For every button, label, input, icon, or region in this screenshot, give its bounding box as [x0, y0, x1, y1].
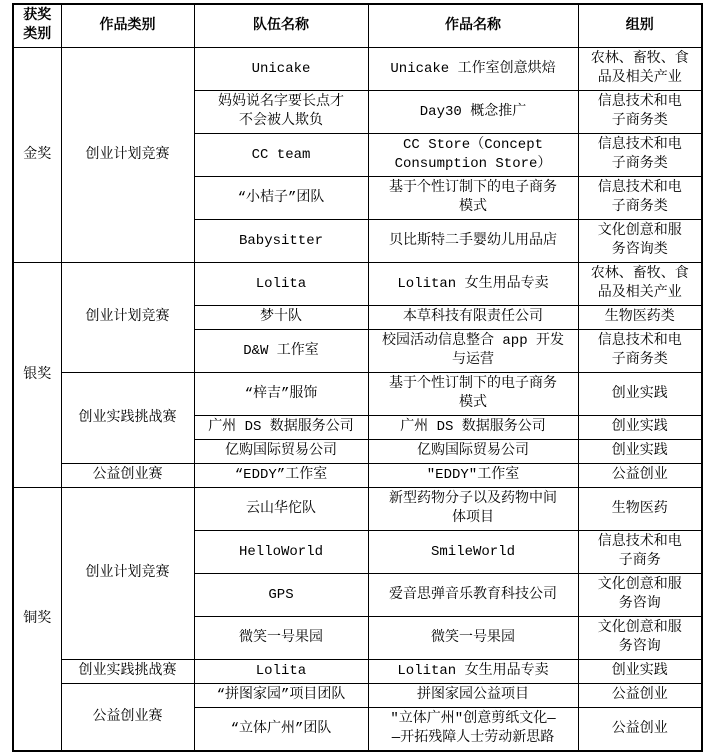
team-cell: 亿购国际贸易公司 [194, 440, 368, 464]
work-cell: 基于个性订制下的电子商务 模式 [368, 177, 578, 220]
work-cell: 基于个性订制下的电子商务 模式 [368, 373, 578, 416]
group-cell: 文化创意和服 务咨询 [578, 617, 702, 660]
group-cell: 文化创意和服 务咨询类 [578, 220, 702, 263]
group-cell: 信息技术和电 子商务类 [578, 91, 702, 134]
team-cell: GPS [194, 574, 368, 617]
table-row: 公益创业赛“拼图家园”项目团队拼图家园公益项目公益创业 [13, 684, 702, 708]
table-row: 创业实践挑战赛LolitaLolitan 女生用品专卖创业实践 [13, 660, 702, 684]
work-cell: "立体广州"创意剪纸文化— —开拓残障人士劳动新思路 [368, 708, 578, 725]
group-cell: 公益创业 [578, 684, 702, 708]
group-cell: 农林、畜牧、食 品及相关产业 [578, 263, 702, 306]
work-cell: 本草科技有限责任公司 [368, 306, 578, 330]
group-cell: 创业实践 [578, 660, 702, 684]
group-cell: 生物医药类 [578, 306, 702, 330]
work-cell: 亿购国际贸易公司 [368, 440, 578, 464]
work-cell: "EDDY"工作室 [368, 464, 578, 488]
group-cell: 文化创意和服 务咨询 [578, 574, 702, 617]
team-cell: 梦十队 [194, 306, 368, 330]
team-cell: Lolita [194, 263, 368, 306]
team-cell: 广州 DS 数据服务公司 [194, 416, 368, 440]
group-cell: 信息技术和电 子商务类 [578, 134, 702, 177]
group-cell: 农林、畜牧、食 品及相关产业 [578, 48, 702, 91]
awards-table-container: 获奖 类别 作品类别 队伍名称 作品名称 组别 金奖创业计划竞赛UnicakeU… [12, 3, 703, 724]
work-cell: Day30 概念推广 [368, 91, 578, 134]
work-cell: Unicake 工作室创意烘焙 [368, 48, 578, 91]
team-cell: CC team [194, 134, 368, 177]
category-cell: 创业实践挑战赛 [61, 660, 194, 684]
category-cell: 公益创业赛 [61, 464, 194, 488]
work-cell: 爱音思弹音乐教育科技公司 [368, 574, 578, 617]
category-cell: 创业计划竞赛 [61, 263, 194, 373]
team-cell: 微笑一号果园 [194, 617, 368, 660]
group-cell: 创业实践 [578, 373, 702, 416]
group-cell: 公益创业 [578, 464, 702, 488]
work-cell: Lolitan 女生用品专卖 [368, 660, 578, 684]
group-cell: 创业实践 [578, 416, 702, 440]
award-cell: 银奖 [13, 263, 61, 488]
table-row: 银奖创业计划竞赛LolitaLolitan 女生用品专卖农林、畜牧、食 品及相关… [13, 263, 702, 306]
header-group: 组别 [578, 4, 702, 48]
work-cell: 拼图家园公益项目 [368, 684, 578, 708]
team-cell: Babysitter [194, 220, 368, 263]
team-cell: “EDDY”工作室 [194, 464, 368, 488]
work-cell: 微笑一号果园 [368, 617, 578, 660]
team-cell: Unicake [194, 48, 368, 91]
group-cell: 生物医药 [578, 488, 702, 531]
award-cell: 金奖 [13, 48, 61, 263]
work-cell: 广州 DS 数据服务公司 [368, 416, 578, 440]
team-cell: “拼图家园”项目团队 [194, 684, 368, 708]
team-cell: “立体广州”团队 [194, 708, 368, 725]
table-header: 获奖 类别 作品类别 队伍名称 作品名称 组别 [13, 4, 702, 48]
table-body: 金奖创业计划竞赛UnicakeUnicake 工作室创意烘焙农林、畜牧、食 品及… [13, 48, 702, 725]
group-cell: 信息技术和电 子商务 [578, 531, 702, 574]
table-row: 金奖创业计划竞赛UnicakeUnicake 工作室创意烘焙农林、畜牧、食 品及… [13, 48, 702, 91]
table-row: 公益创业赛“EDDY”工作室"EDDY"工作室公益创业 [13, 464, 702, 488]
team-cell: 妈妈说名字要长点才 不会被人欺负 [194, 91, 368, 134]
team-cell: D&W 工作室 [194, 330, 368, 373]
header-work-category: 作品类别 [61, 4, 194, 48]
award-cell: 铜奖 [13, 488, 61, 725]
table-row: 铜奖创业计划竞赛云山华佗队新型药物分子以及药物中间 体项目生物医药 [13, 488, 702, 531]
team-cell: Lolita [194, 660, 368, 684]
group-cell: 公益创业 [578, 708, 702, 725]
awards-table: 获奖 类别 作品类别 队伍名称 作品名称 组别 金奖创业计划竞赛UnicakeU… [12, 3, 703, 724]
header-award-category: 获奖 类别 [13, 4, 61, 48]
table-row: 创业实践挑战赛“梓吉”服饰基于个性订制下的电子商务 模式创业实践 [13, 373, 702, 416]
work-cell: Lolitan 女生用品专卖 [368, 263, 578, 306]
category-cell: 创业计划竞赛 [61, 48, 194, 263]
category-cell: 公益创业赛 [61, 684, 194, 725]
work-cell: SmileWorld [368, 531, 578, 574]
work-cell: 校园活动信息整合 app 开发 与运营 [368, 330, 578, 373]
group-cell: 信息技术和电 子商务类 [578, 177, 702, 220]
header-team-name: 队伍名称 [194, 4, 368, 48]
work-cell: 新型药物分子以及药物中间 体项目 [368, 488, 578, 531]
work-cell: CC Store（Concept Consumption Store） [368, 134, 578, 177]
work-cell: 贝比斯特二手婴幼儿用品店 [368, 220, 578, 263]
header-row: 获奖 类别 作品类别 队伍名称 作品名称 组别 [13, 4, 702, 48]
team-cell: “小桔子”团队 [194, 177, 368, 220]
team-cell: 云山华佗队 [194, 488, 368, 531]
category-cell: 创业实践挑战赛 [61, 373, 194, 464]
category-cell: 创业计划竞赛 [61, 488, 194, 660]
team-cell: “梓吉”服饰 [194, 373, 368, 416]
group-cell: 信息技术和电 子商务类 [578, 330, 702, 373]
header-work-name: 作品名称 [368, 4, 578, 48]
group-cell: 创业实践 [578, 440, 702, 464]
team-cell: HelloWorld [194, 531, 368, 574]
